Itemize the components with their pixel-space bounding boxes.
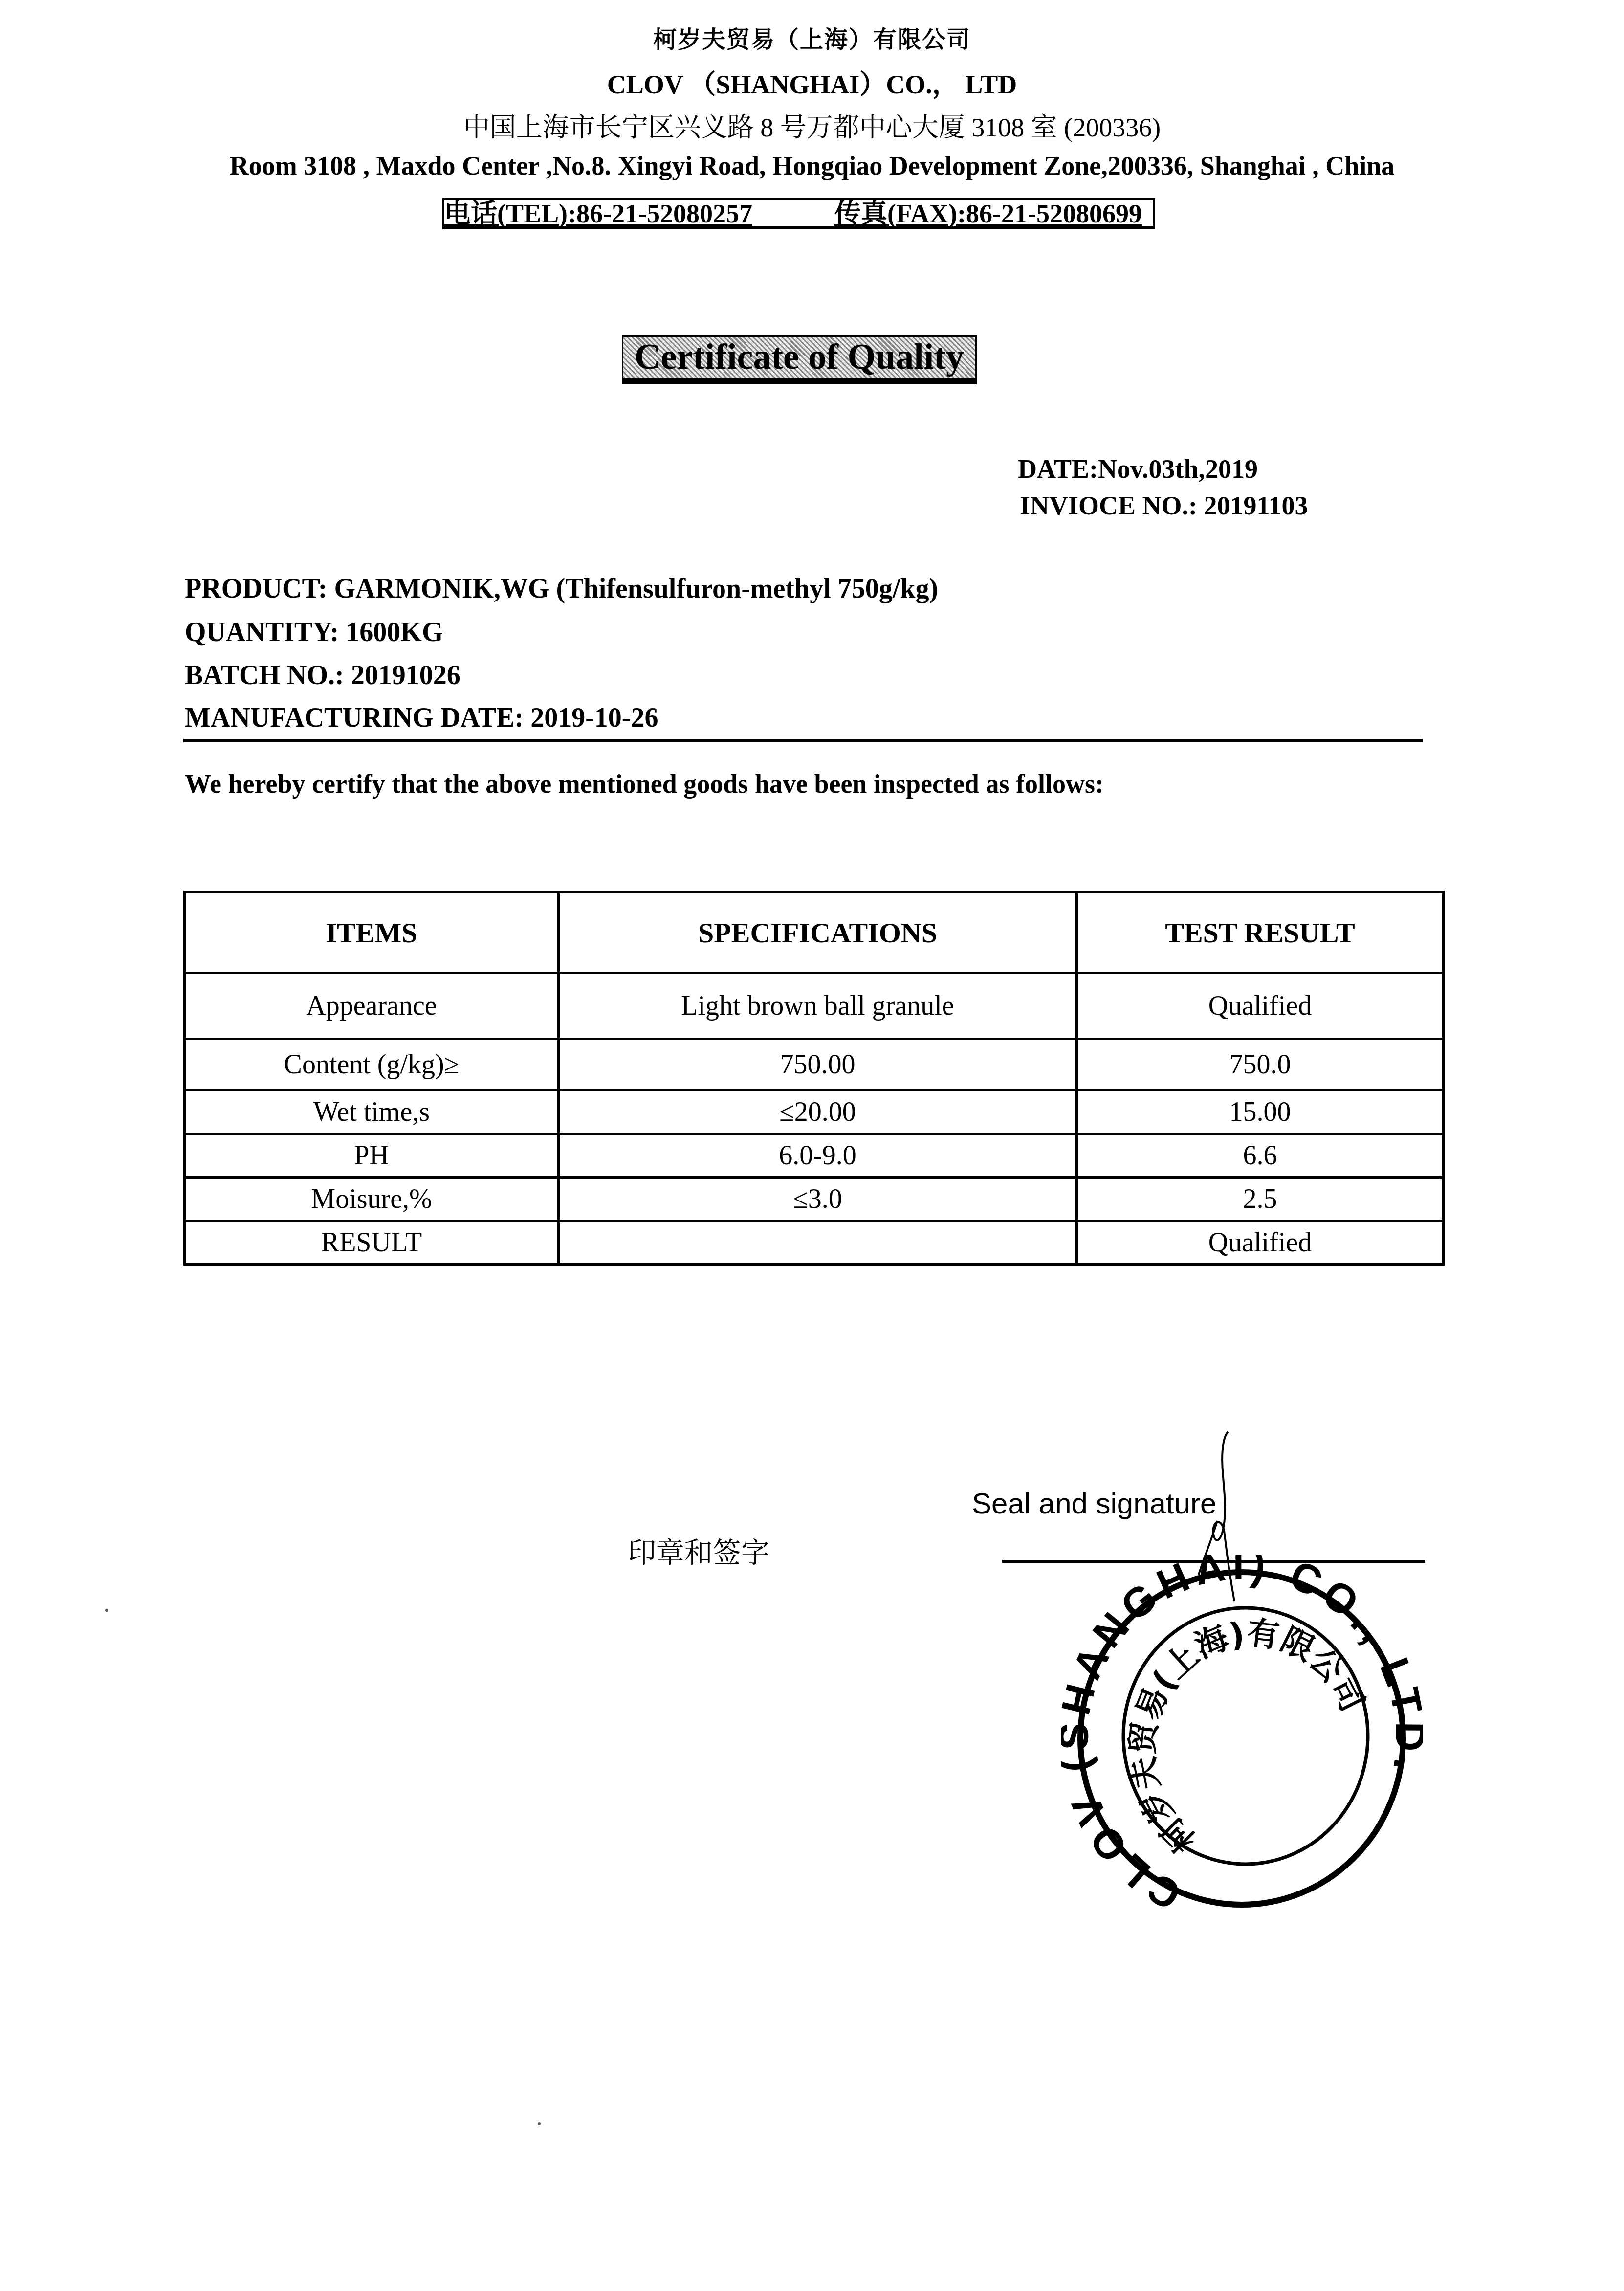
result-cell: 6.6 [1077,1134,1444,1178]
result-cell: 15.00 [1077,1090,1444,1134]
manufacturing-date: MANUFACTURING DATE: 2019-10-26 [185,702,658,734]
result-cell: 2.5 [1077,1178,1444,1221]
product-name: PRODUCT: GARMONIK,WG (Thifensulfuron-met… [185,573,938,604]
spec-cell: Light brown ball granule [559,973,1077,1039]
company-address-en: Room 3108 , Maxdo Center ,No.8. Xingyi R… [0,151,1624,181]
table-header-row: ITEMS SPECIFICATIONS TEST RESULT [185,892,1444,973]
column-header-test-result: TEST RESULT [1077,892,1444,973]
table-row: Moisure,% ≤3.0 2.5 [185,1178,1444,1221]
document-title: Certificate of Quality [622,335,977,384]
batch-number: BATCH NO.: 20191026 [185,660,461,691]
seal-signature-label-cn: 印章和签字 [628,1530,769,1571]
item-cell: Moisure,% [185,1178,559,1221]
result-cell: Qualified [1077,1221,1444,1265]
company-name-en: CLOV （SHANGHAI）CO.， LTD [0,64,1624,101]
result-cell: Qualified [1077,973,1444,1039]
inspection-table: ITEMS SPECIFICATIONS TEST RESULT Appeara… [183,891,1445,1266]
item-cell: Wet time,s [185,1090,559,1134]
result-cell: 750.0 [1077,1039,1444,1090]
spec-cell: 6.0-9.0 [559,1134,1077,1178]
document-date: DATE:Nov.03th,2019 [1018,454,1258,484]
table-row: PH 6.0-9.0 6.6 [185,1134,1444,1178]
fax-number: 传真(FAX):86-21-52080699 [834,200,1142,227]
certification-statement: We hereby certify that the above mention… [185,769,1104,799]
item-cell: Content (g/kg)≥ [185,1039,559,1090]
product-quantity: QUANTITY: 1600KG [185,617,443,648]
spec-cell: ≤3.0 [559,1178,1077,1221]
scan-speck [538,2122,541,2125]
company-address-cn: 中国上海市长宁区兴义路 8 号万都中心大厦 3108 室 (200336) [0,107,1624,144]
item-cell: Appearance [185,973,559,1039]
section-divider [183,739,1423,742]
invoice-number: INVIOCE NO.: 20191103 [1020,490,1308,521]
spec-cell [559,1221,1077,1265]
table-row: Appearance Light brown ball granule Qual… [185,973,1444,1039]
company-seal-stamp: CLOV (SHANGHAI) CO., LTD. 柯岁夫贸易(上海)有限公司 [1061,1555,1423,1927]
table-row: Wet time,s ≤20.00 15.00 [185,1090,1444,1134]
column-header-specifications: SPECIFICATIONS [559,892,1077,973]
telephone-number: 电话(TEL):86-21-52080257 [444,200,752,227]
company-name-cn: 柯岁夫贸易（上海）有限公司 [0,21,1624,54]
table-row: RESULT Qualified [185,1221,1444,1265]
spec-cell: 750.00 [559,1039,1077,1090]
item-cell: PH [185,1134,559,1178]
column-header-items: ITEMS [185,892,559,973]
contact-box: 电话(TEL):86-21-52080257 传真(FAX):86-21-520… [442,198,1155,229]
scan-speck [105,1609,108,1612]
table-row: Content (g/kg)≥ 750.00 750.0 [185,1039,1444,1090]
item-cell: RESULT [185,1221,559,1265]
spec-cell: ≤20.00 [559,1090,1077,1134]
